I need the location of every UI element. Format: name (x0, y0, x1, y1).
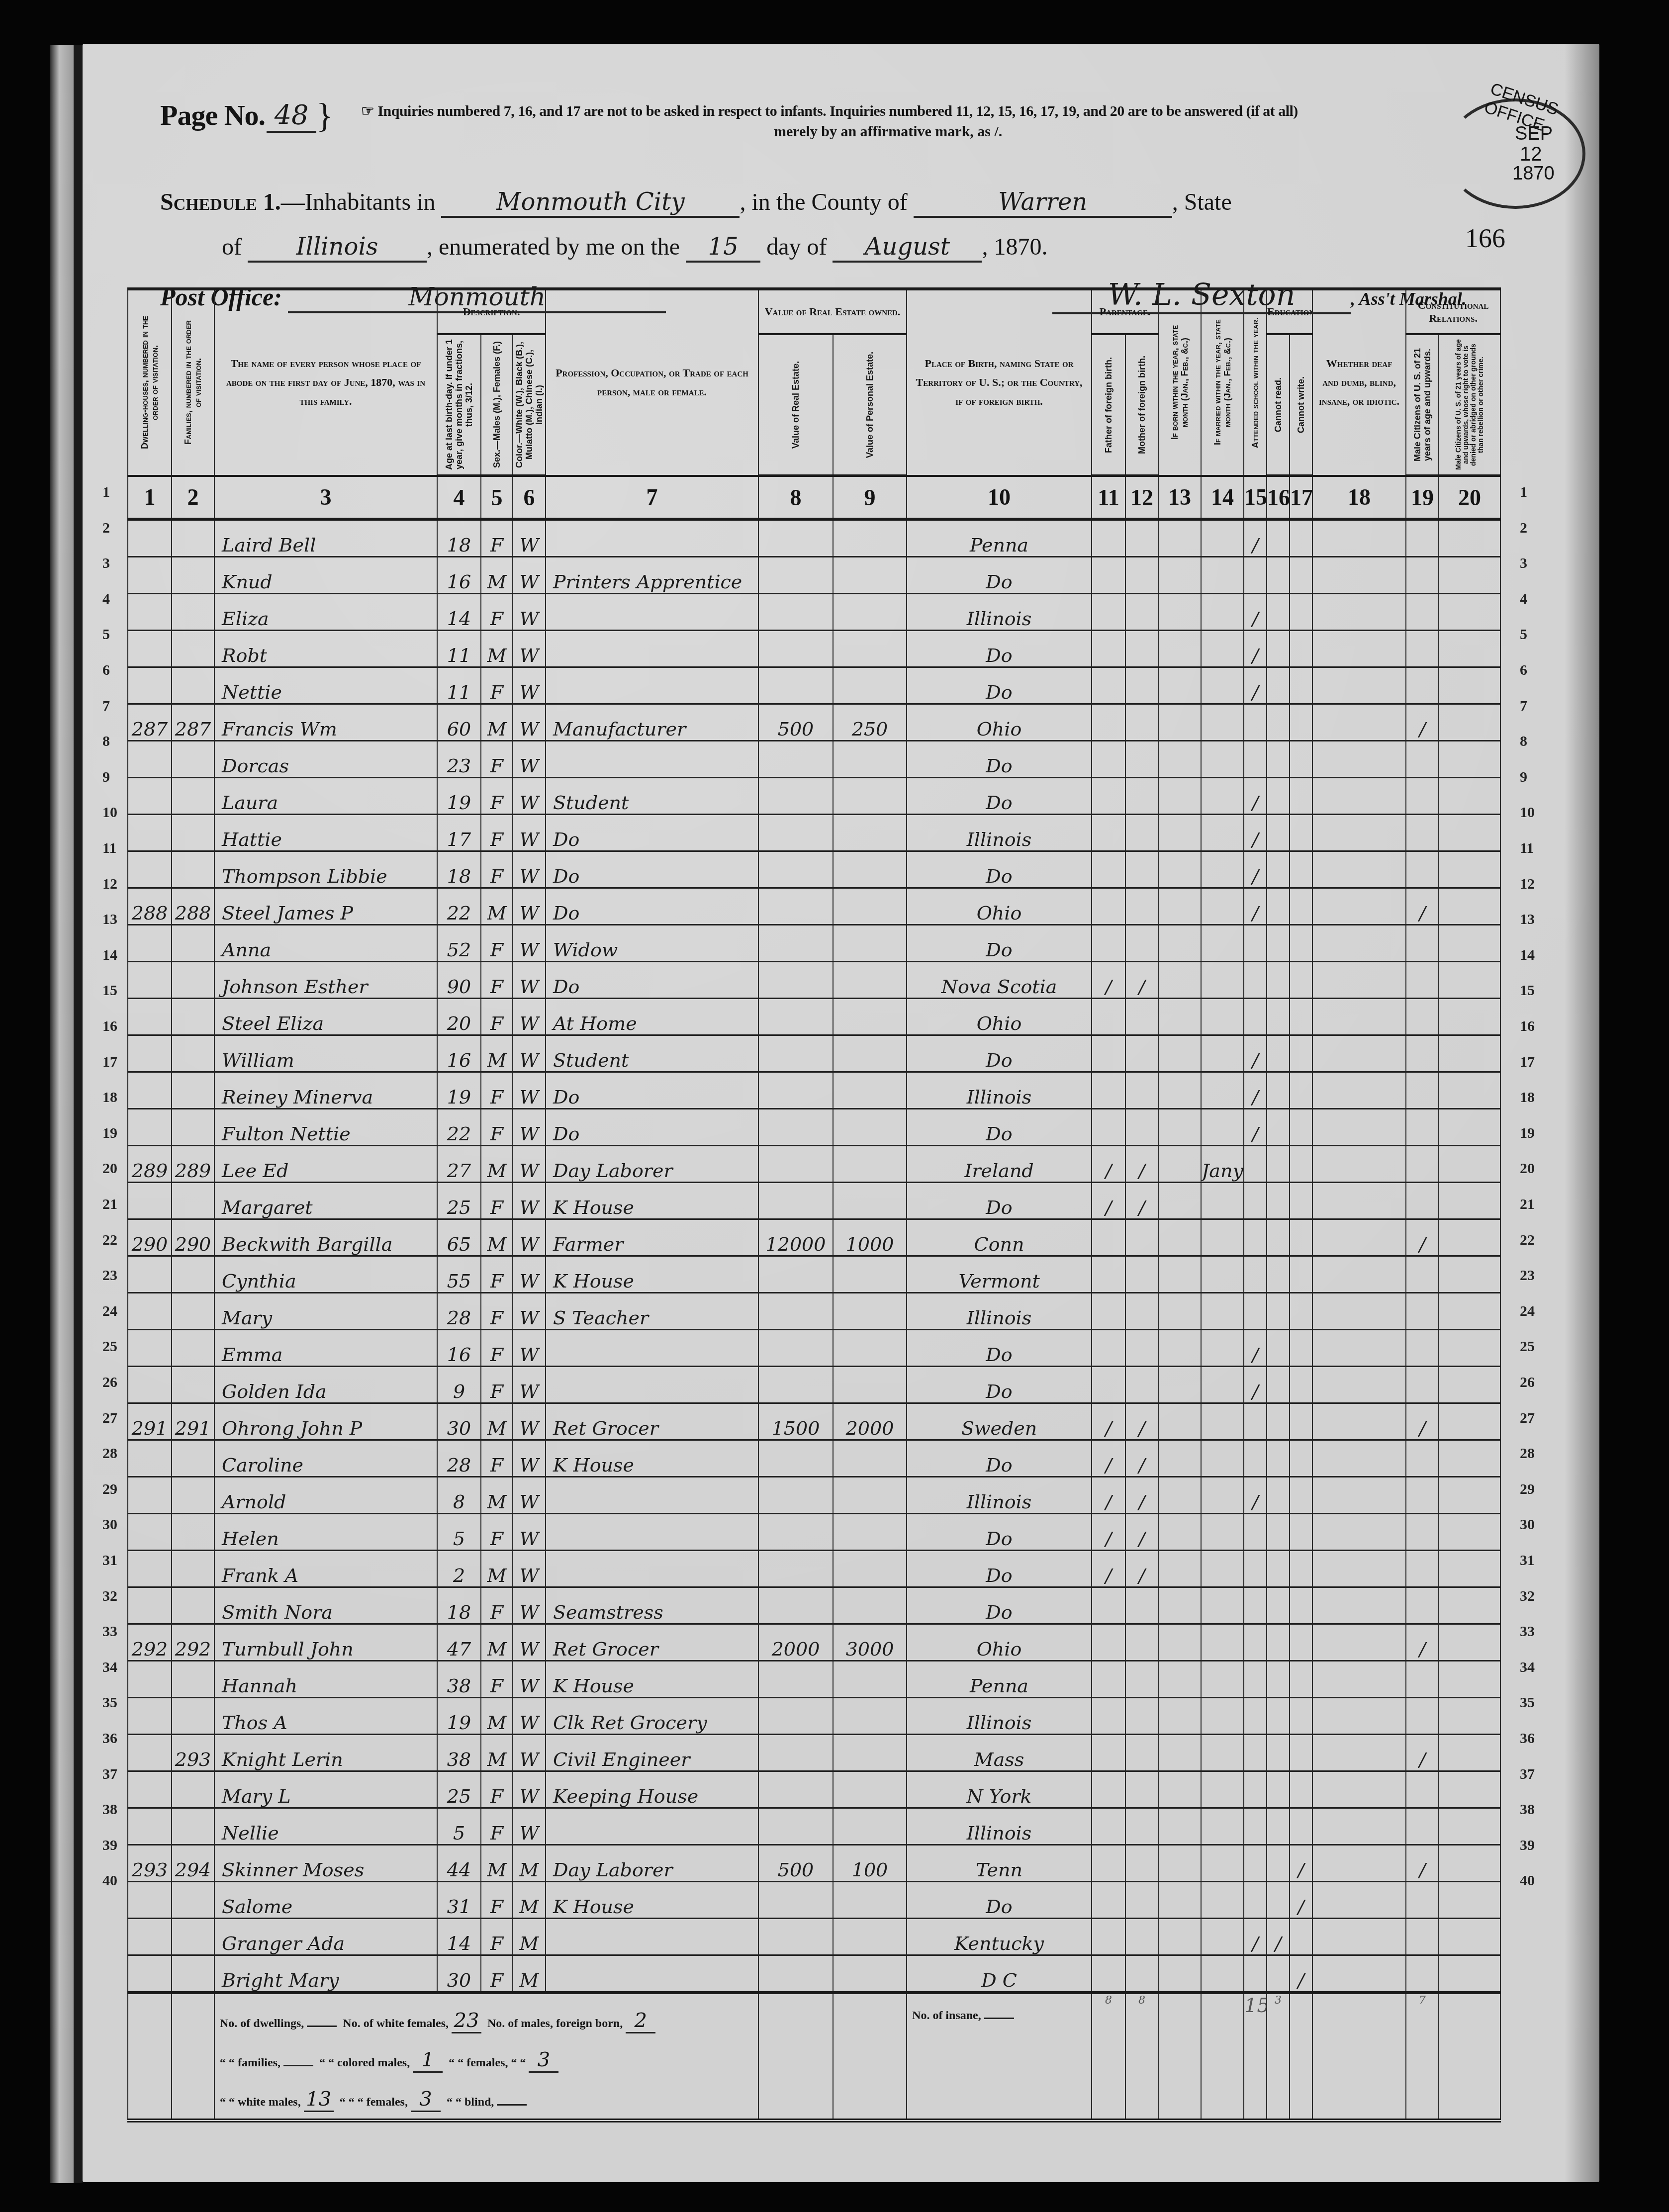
col12-header: Mother of foreign birth. (1125, 334, 1158, 476)
married-within-year (1201, 1109, 1244, 1146)
table-row: 289289Lee Ed27MWDay LaborerIreland//Jany (128, 1146, 1500, 1183)
county-label: , in the County of (740, 189, 907, 215)
column-number: 5 (481, 476, 513, 520)
occupation: Do (546, 962, 758, 999)
family-number (172, 1477, 214, 1514)
person-name: Robt (214, 631, 437, 667)
table-row: Margaret25FWK HouseDo// (128, 1183, 1500, 1219)
table-row: Fulton Nettie22FWDoDo/ (128, 1109, 1500, 1146)
born-within-year (1158, 1919, 1201, 1955)
vote-denied (1439, 1403, 1500, 1440)
color: W (513, 557, 546, 594)
line-number: 30 (1520, 1516, 1535, 1533)
occupation: Do (546, 1072, 758, 1109)
married-within-year (1201, 1293, 1244, 1330)
disability (1312, 1845, 1406, 1882)
father-foreign-birth (1092, 1367, 1125, 1403)
sex: M (481, 1624, 513, 1661)
disability (1312, 1109, 1406, 1146)
married-within-year (1201, 962, 1244, 999)
mother-foreign-birth (1125, 519, 1158, 557)
sex: F (481, 1771, 513, 1808)
age: 30 (437, 1955, 481, 1993)
page-number-label: Page No. (160, 98, 265, 132)
sex: F (481, 519, 513, 557)
person-name: Fulton Nettie (214, 1109, 437, 1146)
disability (1312, 1403, 1406, 1440)
cannot-read (1267, 1256, 1290, 1293)
dwelling-number (128, 1919, 172, 1955)
real-estate-value (758, 1661, 833, 1698)
birthplace: Mass (907, 1735, 1092, 1771)
family-number (172, 1771, 214, 1808)
census-table: Dwelling-houses, numbered in the order o… (127, 287, 1501, 2122)
line-number: 17 (102, 1054, 117, 1071)
family-number (172, 1183, 214, 1219)
male-citizen (1406, 1330, 1439, 1367)
cannot-read (1267, 741, 1290, 778)
line-number: 1 (102, 484, 110, 501)
occupation: K House (546, 1882, 758, 1919)
foreign-males-count: 2 (626, 2009, 655, 2033)
line-number: 26 (1520, 1374, 1535, 1391)
cannot-write (1290, 631, 1312, 667)
col10-header: Place of Birth, naming State or Territor… (907, 289, 1092, 476)
birthplace: Do (907, 1514, 1092, 1551)
col1-header: Dwelling-houses, numbered in the order o… (128, 289, 172, 476)
line-number: 34 (1520, 1659, 1535, 1676)
real-estate-value (758, 1587, 833, 1624)
dwelling-number: 287 (128, 704, 172, 741)
personal-estate-value (833, 1661, 907, 1698)
mother-foreign-birth (1125, 851, 1158, 888)
disability (1312, 1735, 1406, 1771)
mother-foreign-birth (1125, 741, 1158, 778)
father-foreign-birth: / (1092, 1551, 1125, 1587)
born-within-year (1158, 1551, 1201, 1587)
age: 31 (437, 1882, 481, 1919)
mother-foreign-birth (1125, 778, 1158, 815)
sex: M (481, 1219, 513, 1256)
line-number: 25 (102, 1338, 117, 1355)
personal-estate-value (833, 925, 907, 962)
occupation: Student (546, 1035, 758, 1072)
person-name: Arnold (214, 1477, 437, 1514)
born-within-year (1158, 1771, 1201, 1808)
male-citizen: / (1406, 1219, 1439, 1256)
table-row: Dorcas23FWDo (128, 741, 1500, 778)
line-number: 11 (1520, 840, 1534, 857)
married-within-year (1201, 1183, 1244, 1219)
family-number (172, 1072, 214, 1109)
line-number: 28 (1520, 1445, 1535, 1462)
married-within-year (1201, 1035, 1244, 1072)
cannot-read (1267, 1477, 1290, 1514)
mother-foreign-birth: / (1125, 1551, 1158, 1587)
age: 28 (437, 1440, 481, 1477)
mother-foreign-birth (1125, 925, 1158, 962)
personal-estate-value (833, 1955, 907, 1993)
occupation: Do (546, 815, 758, 851)
occupation: K House (546, 1440, 758, 1477)
color: W (513, 1551, 546, 1587)
cannot-read (1267, 1882, 1290, 1919)
male-citizen (1406, 1440, 1439, 1477)
cannot-read (1267, 1771, 1290, 1808)
sex: F (481, 1256, 513, 1293)
family-number (172, 1330, 214, 1367)
color: W (513, 667, 546, 704)
cannot-read (1267, 1808, 1290, 1845)
day-field: 15 (686, 233, 760, 263)
disability (1312, 1330, 1406, 1367)
personal-estate-value (833, 1587, 907, 1624)
sex: M (481, 1035, 513, 1072)
personal-estate-value (833, 1477, 907, 1514)
line-number: 31 (1520, 1552, 1535, 1569)
occupation: Civil Engineer (546, 1735, 758, 1771)
disability (1312, 1367, 1406, 1403)
dwelling-number: 291 (128, 1403, 172, 1440)
family-number (172, 741, 214, 778)
personal-estate-value (833, 778, 907, 815)
vote-denied (1439, 1367, 1500, 1403)
real-estate-value (758, 1698, 833, 1735)
male-citizen: / (1406, 1403, 1439, 1440)
line-number: 26 (102, 1374, 117, 1391)
line-number: 1 (1520, 484, 1527, 501)
attended-school (1244, 741, 1267, 778)
birthplace: Do (907, 741, 1092, 778)
disability (1312, 999, 1406, 1035)
occupation (546, 1955, 758, 1993)
colored-females-count: 3 (411, 2088, 441, 2112)
sex: F (481, 594, 513, 631)
occupation: Do (546, 888, 758, 925)
dwelling-number (128, 594, 172, 631)
personal-estate-value (833, 1735, 907, 1771)
birthplace: Illinois (907, 594, 1092, 631)
male-citizen (1406, 1146, 1439, 1183)
table-row: Bright Mary30FMD C/ (128, 1955, 1500, 1993)
sex: F (481, 1587, 513, 1624)
vote-denied (1439, 557, 1500, 594)
male-citizen (1406, 1882, 1439, 1919)
disability (1312, 704, 1406, 741)
born-within-year (1158, 1845, 1201, 1882)
age: 11 (437, 631, 481, 667)
line-number: 2 (102, 520, 110, 537)
line-number: 3 (1520, 555, 1527, 572)
age: 14 (437, 1919, 481, 1955)
color: W (513, 815, 546, 851)
birthplace: Sweden (907, 1403, 1092, 1440)
stamp-day: 12 (1520, 143, 1542, 166)
vote-denied (1439, 594, 1500, 631)
color: W (513, 1514, 546, 1551)
col6-header: Color.—White (W.), Black (B.), Mulatto (… (513, 334, 546, 476)
born-within-year (1158, 1955, 1201, 1993)
sex: M (481, 1403, 513, 1440)
married-within-year (1201, 631, 1244, 667)
family-number (172, 1587, 214, 1624)
family-number (172, 1514, 214, 1551)
dwelling-number (128, 1735, 172, 1771)
line-number: 33 (102, 1623, 117, 1640)
age: 22 (437, 1109, 481, 1146)
attended-school: / (1244, 631, 1267, 667)
occupation: Do (546, 851, 758, 888)
sex: F (481, 925, 513, 962)
born-within-year (1158, 741, 1201, 778)
dwelling-number (128, 1882, 172, 1919)
vote-denied (1439, 1661, 1500, 1698)
col4-header: Age at last birth-day. If under 1 year, … (437, 334, 481, 476)
family-number (172, 1367, 214, 1403)
disability (1312, 1514, 1406, 1551)
family-number (172, 667, 214, 704)
cannot-read (1267, 1735, 1290, 1771)
cannot-write (1290, 1624, 1312, 1661)
vote-denied (1439, 1109, 1500, 1146)
summary-counts: No. of dwellings, No. of white females, … (214, 1993, 758, 2120)
father-foreign-birth (1092, 925, 1125, 962)
real-estate-value (758, 741, 833, 778)
vote-denied (1439, 815, 1500, 851)
real-estate-value (758, 1109, 833, 1146)
disability (1312, 778, 1406, 815)
vote-denied (1439, 888, 1500, 925)
line-number: 36 (1520, 1730, 1535, 1747)
family-number (172, 1882, 214, 1919)
vote-denied (1439, 1808, 1500, 1845)
cannot-read (1267, 1219, 1290, 1256)
mother-foreign-birth (1125, 594, 1158, 631)
cannot-read (1267, 1845, 1290, 1882)
table-row: Anna52FWWidowDo (128, 925, 1500, 962)
birthplace: Tenn (907, 1845, 1092, 1882)
person-name: Laird Bell (214, 519, 437, 557)
dwelling-number (128, 1551, 172, 1587)
birthplace: Illinois (907, 1808, 1092, 1845)
family-number (172, 1256, 214, 1293)
colored-males-count: 1 (413, 2048, 443, 2073)
family-number: 292 (172, 1624, 214, 1661)
family-number (172, 962, 214, 999)
column-number: 10 (907, 476, 1092, 520)
married-within-year (1201, 1624, 1244, 1661)
birthplace: Nova Scotia (907, 962, 1092, 999)
born-within-year (1158, 667, 1201, 704)
married-within-year (1201, 557, 1244, 594)
age: 25 (437, 1183, 481, 1219)
father-foreign-birth (1092, 1698, 1125, 1735)
col11-header: Father of foreign birth. (1092, 334, 1125, 476)
person-name: William (214, 1035, 437, 1072)
color: M (513, 1955, 546, 1993)
color: W (513, 704, 546, 741)
disability (1312, 1698, 1406, 1735)
male-citizen (1406, 962, 1439, 999)
personal-estate-value (833, 741, 907, 778)
personal-estate-value (833, 999, 907, 1035)
mother-foreign-birth (1125, 1771, 1158, 1808)
sex: F (481, 815, 513, 851)
sex: M (481, 1698, 513, 1735)
cannot-write (1290, 925, 1312, 962)
sex: F (481, 1367, 513, 1403)
line-number: 18 (102, 1089, 117, 1106)
sex: F (481, 667, 513, 704)
married-within-year (1201, 1219, 1244, 1256)
cannot-read (1267, 1146, 1290, 1183)
disability (1312, 1882, 1406, 1919)
line-number: 38 (102, 1801, 117, 1818)
occupation (546, 1808, 758, 1845)
born-within-year (1158, 1035, 1201, 1072)
real-estate-value (758, 1514, 833, 1551)
born-within-year (1158, 1477, 1201, 1514)
age: 47 (437, 1624, 481, 1661)
column-number: 8 (758, 476, 833, 520)
person-name: Hattie (214, 815, 437, 851)
male-citizen (1406, 1661, 1439, 1698)
column-number-row: 1234567891011121314151617181920 (128, 476, 1500, 520)
age: 16 (437, 1035, 481, 1072)
vote-denied (1439, 1146, 1500, 1183)
personal-estate-value (833, 1072, 907, 1109)
born-within-year (1158, 1808, 1201, 1845)
table-row: Nettie11FWDo/ (128, 667, 1500, 704)
birthplace: Do (907, 1367, 1092, 1403)
personal-estate-value (833, 519, 907, 557)
attended-school (1244, 1735, 1267, 1771)
age: 18 (437, 519, 481, 557)
age: 5 (437, 1808, 481, 1845)
column-number: 14 (1201, 476, 1244, 520)
attended-school: / (1244, 594, 1267, 631)
line-number: 20 (102, 1160, 117, 1177)
color: W (513, 594, 546, 631)
male-citizen: / (1406, 1735, 1439, 1771)
dwelling-number (128, 1771, 172, 1808)
cannot-write (1290, 815, 1312, 851)
attended-school (1244, 1808, 1267, 1845)
occupation: Manufacturer (546, 704, 758, 741)
real-estate-value (758, 962, 833, 999)
mother-foreign-birth: / (1125, 962, 1158, 999)
vote-denied (1439, 1256, 1500, 1293)
line-number: 4 (1520, 591, 1527, 608)
table-row: Thompson Libbie18FWDoDo/ (128, 851, 1500, 888)
person-name: Knud (214, 557, 437, 594)
father-foreign-birth (1092, 631, 1125, 667)
father-foreign-birth (1092, 1330, 1125, 1367)
birthplace: Penna (907, 1661, 1092, 1698)
cannot-write (1290, 1514, 1312, 1551)
male-citizen (1406, 1367, 1439, 1403)
cannot-write (1290, 1440, 1312, 1477)
county-field: Warren (914, 188, 1172, 218)
col7-header: Profession, Occupation, or Trade of each… (546, 289, 758, 476)
personal-estate-value (833, 888, 907, 925)
age: 55 (437, 1256, 481, 1293)
age: 18 (437, 1587, 481, 1624)
color: M (513, 1882, 546, 1919)
person-name: Turnbull John (214, 1624, 437, 1661)
born-within-year (1158, 1624, 1201, 1661)
real-estate-value (758, 1955, 833, 1993)
cannot-write (1290, 1219, 1312, 1256)
vote-denied (1439, 1293, 1500, 1330)
mother-foreign-birth: / (1125, 1183, 1158, 1219)
real-estate-value: 1500 (758, 1403, 833, 1440)
line-number: 24 (1520, 1303, 1535, 1320)
father-foreign-birth: / (1092, 1146, 1125, 1183)
occupation: Ret Grocer (546, 1403, 758, 1440)
sex: M (481, 888, 513, 925)
table-row: Hannah38FWK HousePenna (128, 1661, 1500, 1698)
sex: M (481, 1845, 513, 1882)
disability (1312, 1477, 1406, 1514)
line-number: 3 (102, 555, 110, 572)
married-within-year (1201, 1256, 1244, 1293)
families-count (283, 2065, 313, 2066)
occupation: K House (546, 1183, 758, 1219)
line-number: 36 (102, 1730, 117, 1747)
born-within-year (1158, 1587, 1201, 1624)
col16-header: Cannot read. (1267, 334, 1290, 476)
cannot-read (1267, 962, 1290, 999)
dwelling-number (128, 851, 172, 888)
color: W (513, 1146, 546, 1183)
line-number: 29 (102, 1481, 117, 1498)
father-foreign-birth (1092, 667, 1125, 704)
line-number: 30 (102, 1516, 117, 1533)
col15-header: Attended school within the year. (1244, 289, 1267, 476)
line-number: 10 (102, 804, 117, 821)
person-name: Mary L (214, 1771, 437, 1808)
age: 17 (437, 815, 481, 851)
married-within-year (1201, 1735, 1244, 1771)
color: W (513, 1624, 546, 1661)
married-within-year (1201, 815, 1244, 851)
cannot-write (1290, 1293, 1312, 1330)
table-row: Emma16FWDo/ (128, 1330, 1500, 1367)
line-number: 8 (1520, 733, 1527, 750)
column-number: 2 (172, 476, 214, 520)
person-name: Cynthia (214, 1256, 437, 1293)
color: W (513, 1808, 546, 1845)
personal-estate-value (833, 1035, 907, 1072)
personal-estate-value (833, 667, 907, 704)
color: W (513, 741, 546, 778)
person-name: Reiney Minerva (214, 1072, 437, 1109)
line-number: 38 (1520, 1801, 1535, 1818)
married-within-year (1201, 778, 1244, 815)
male-citizen (1406, 778, 1439, 815)
birthplace: Do (907, 1330, 1092, 1367)
cannot-write (1290, 1735, 1312, 1771)
dwelling-number: 290 (128, 1219, 172, 1256)
attended-school (1244, 1624, 1267, 1661)
dwelling-number (128, 999, 172, 1035)
dwelling-number (128, 1440, 172, 1477)
occupation: K House (546, 1661, 758, 1698)
male-citizen (1406, 1698, 1439, 1735)
attended-school (1244, 1293, 1267, 1330)
age: 20 (437, 999, 481, 1035)
